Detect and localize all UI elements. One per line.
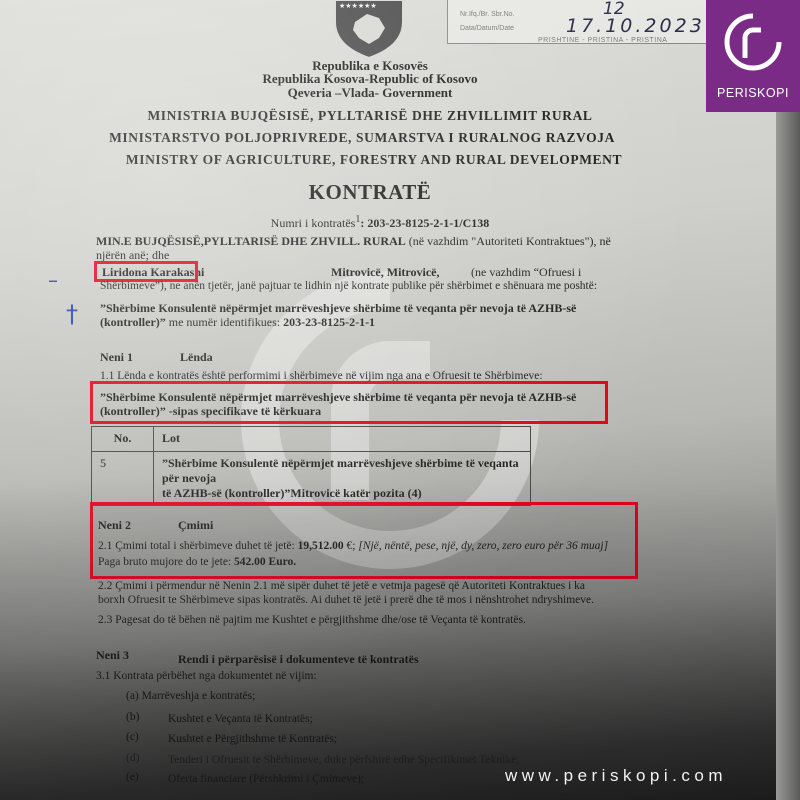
list-item: (b) [126,711,139,723]
lot-table: No. Lot 5 ”Shërbime Konsulentë nëpërmjet… [91,426,531,506]
service-kontroller: (kontroller)” [100,315,166,329]
contract-number-value: : 203-23-8125-2-1-1/C138 [360,216,489,230]
list-text: Tenderi i Ofruesit te Shërbimeve, duke p… [168,754,519,766]
list-item: (e) [126,771,139,783]
list-text: Kushtet e Përgjithshme të Kontratës; [168,733,337,745]
clause-2-2-line-2: borxh Ofruesit te Shërbimeve sipas kontr… [98,594,594,606]
provider-city: Mitrovicë, Mitrovicë, [331,265,440,280]
clause-2-2-line-1: 2.2 Çmimi i përmendur në Nenin 2.1 më si… [98,580,585,592]
stamp-city: PRISHTINE - PRISTINA - PRISTINA [538,37,667,44]
list-text: Oferta financiare (Përshkrimi i Çmimeve)… [168,773,364,785]
periskopi-logo[interactable]: PERISKOPI [706,0,800,112]
article-3-label: Neni 3 [96,648,129,663]
ministry-sq: MINISTRIA BUJQËSISË, PYLLTARISË DHE ZHVI… [0,108,740,124]
stamp-date-value: 17.10.2023 [566,15,705,37]
authority-desc: (në vazhdim "Autoriteti Kontraktues"), n… [406,234,611,248]
contract-number-label: Numri i kontratës [271,216,356,230]
article-1-title: Lënda [180,350,213,365]
periskopi-logo-icon [723,12,783,72]
list-text: Kushtet e Veçanta të Kontratës; [168,713,313,725]
highlight-price [90,502,638,579]
service-id: 203-23-8125-2-1-1 [283,315,375,329]
highlight-subject [90,381,608,424]
cell-no: 5 [92,452,154,506]
service-id-label: me numër identifikues: [166,315,283,329]
provider-desc: (ne vazhdim “Ofruesi i [471,265,581,280]
column-header-lot: Lot [154,427,531,452]
contract-title: KONTRATË [0,180,740,205]
list-item: (a) Marrëveshja e kontratës; [126,690,255,702]
service-line-2: (kontroller)” me numër identifikues: 203… [100,315,375,330]
svg-text:★★★★★★: ★★★★★★ [339,2,377,10]
logo-wordmark: PERISKOPI [706,86,800,100]
registry-stamp: Nr.Ifq./Br. Sbr.No. 12 Data/Datum/Date 1… [447,0,717,44]
pen-mark-dash: – [48,268,58,292]
pen-mark-cross: † [66,300,78,328]
list-marker: (e) [126,771,139,783]
list-item: (c) [126,731,139,743]
document-photo: ★★★★★★ Nr.Ifq./Br. Sbr.No. 12 Data/Datum… [0,0,800,800]
list-item: (d) [126,752,139,764]
list-marker: (d) [126,752,139,764]
highlight-provider-name [94,261,198,282]
table-row: 5 ”Shërbime Konsulentë nëpërmjet marrëve… [92,452,531,506]
list-marker: (a) [126,690,139,702]
authority-line: MIN.E BUJQËSISË,PYLLTARISË DHE ZHVILL. R… [96,234,611,249]
stamp-number-label: Nr.Ifq./Br. Sbr.No. [460,11,514,18]
stamp-date-label: Data/Datum/Date [460,25,514,32]
cell-lot: ”Shërbime Konsulentë nëpërmjet marrëvesh… [154,452,531,506]
list-marker: (b) [126,711,139,723]
service-line-1: ”Shërbime Konsulentë nëpërmjet marrëvesh… [100,301,576,316]
contract-number: Numri i kontratës1: 203-23-8125-2-1-1/C1… [10,214,750,231]
ministry-en: MINISTRY OF AGRICULTURE, FORESTRY AND RU… [4,152,744,168]
article-3-title: Rendi i përparësisë i dokumenteve të kon… [178,652,419,667]
ministry-sr: MINISTARSTVO POLJOPRIVREDE, SUMARSTVA I … [0,130,732,146]
authority-name: MIN.E BUJQËSISË,PYLLTARISË DHE ZHVILL. R… [96,234,406,248]
page-edge [776,0,800,800]
list-marker: (c) [126,731,139,743]
article-1-label: Neni 1 [100,350,133,365]
government: Qeveria –Vlada- Government [0,85,740,101]
column-header-no: No. [92,427,154,452]
kosovo-coat-of-arms-icon: ★★★★★★ [333,0,405,58]
article-3-clause: 3.1 Kontrata përbëhet nga dokumentet në … [96,670,317,682]
website-url[interactable]: www.periskopi.com [505,766,727,786]
list-text: Marrëveshja e kontratës; [142,690,256,702]
table-header-row: No. Lot [92,427,531,452]
lot-line-1: ”Shërbime Konsulentë nëpërmjet marrëvesh… [162,456,522,486]
clause-2-3: 2.3 Pagesat do të bëhen në pajtim me Kus… [98,614,526,626]
lot-line-2: të AZHB-së (kontroller)”Mitrovicë katër … [162,486,522,501]
provider-line-2: Shërbimeve”), ne anën tjetër, janë pajtu… [100,280,597,292]
